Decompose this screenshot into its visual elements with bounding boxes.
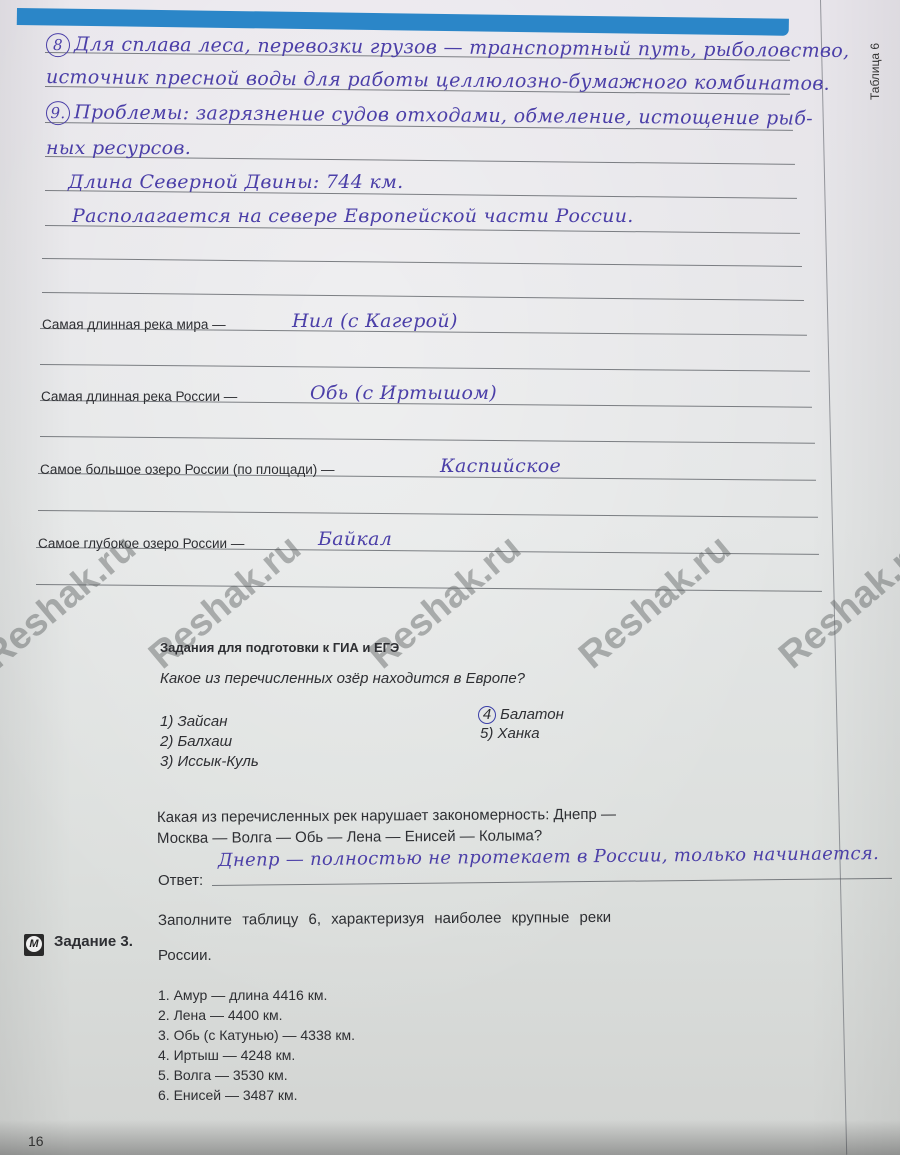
fact-answer-longest-world-river: Нил (с Кагерой) <box>292 310 458 332</box>
page-bottom-shadow <box>0 1120 900 1155</box>
river-list: 1. Амур — длина 4416 км. 2. Лена — 4400 … <box>158 985 355 1105</box>
fact-label-longest-world-river: Самая длинная река мира — <box>42 317 226 332</box>
handwritten-note-8-cont: источник пресной воды для работы целлюло… <box>46 66 830 95</box>
exam-section-title: Задания для подготовки к ГИА и ЕГЭ <box>160 640 399 655</box>
task3-label: Задание 3. <box>54 933 133 950</box>
exam-question-2-line1: Какая из перечисленных рек нарушает зако… <box>157 806 616 826</box>
river-item: 5. Волга — 3530 км. <box>158 1065 355 1085</box>
river-item: 3. Обь (с Катунью) — 4338 км. <box>158 1025 355 1045</box>
exam-option-4-selected: 4 Балатон <box>478 706 564 724</box>
river-item: 6. Енисей — 3487 км. <box>158 1085 355 1105</box>
m-badge-icon: М <box>24 934 44 956</box>
table-side-label: Таблица 6 <box>868 43 882 100</box>
fact-label-deepest-lake: Самое глубокое озеро России — <box>38 536 244 551</box>
rule-line <box>42 258 802 267</box>
answer-label: Ответ: <box>158 872 203 889</box>
handwritten-dvina-location: Располагается на севере Европейской част… <box>72 205 634 227</box>
fact-answer-largest-lake: Каспийское <box>440 455 561 477</box>
note-marker: 9. <box>46 101 70 125</box>
page-number: 16 <box>28 1133 44 1149</box>
task3-text-line2: России. <box>158 947 212 964</box>
fact-label-longest-russia-river: Самая длинная река России — <box>41 389 237 404</box>
rule-line <box>42 292 804 301</box>
answer-rule-line <box>212 878 892 886</box>
header-accent-bar <box>17 8 789 36</box>
selected-answer-circle: 4 <box>478 706 496 724</box>
fact-label-largest-lake: Самое большое озеро России (по площади) … <box>40 462 335 477</box>
river-item: 4. Иртыш — 4248 км. <box>158 1045 355 1065</box>
handwritten-dvina-length: Длина Северной Двины: 744 км. <box>68 171 403 193</box>
exam-option-1: 1) Зайсан <box>160 713 228 730</box>
fact-answer-deepest-lake: Байкал <box>318 528 392 550</box>
exam-option-2: 2) Балхаш <box>160 733 232 750</box>
fact-answer-longest-russia-river: Обь (с Иртышом) <box>310 382 497 404</box>
handwritten-note-8: 8Для сплава леса, перевозки грузов — тра… <box>46 33 850 64</box>
rule-line <box>38 510 818 518</box>
exam-question-1: Какое из перечисленных озёр находится в … <box>160 670 525 687</box>
exam-option-5: 5) Ханка <box>480 725 540 742</box>
exam-option-3: 3) Иссык-Куль <box>160 753 259 770</box>
exam-question-2-line2: Москва — Волга — Обь — Лена — Енисей — К… <box>157 827 542 847</box>
river-item: 2. Лена — 4400 км. <box>158 1005 355 1025</box>
answer-handwritten: Днепр — полностью не протекает в России,… <box>218 843 879 871</box>
note-marker: 8 <box>46 33 70 57</box>
task3-text-line1: Заполните таблицу 6, характеризуя наибол… <box>158 909 611 929</box>
rule-line <box>40 436 815 444</box>
rule-line <box>40 364 810 372</box>
watermark: Reshak.ru <box>571 527 739 678</box>
page-fold <box>820 0 847 1155</box>
river-item: 1. Амур — длина 4416 км. <box>158 985 355 1005</box>
handwritten-note-9-cont: ных ресурсов. <box>46 137 191 159</box>
handwritten-note-9: 9.Проблемы: загрязнение судов отходами, … <box>46 101 813 132</box>
